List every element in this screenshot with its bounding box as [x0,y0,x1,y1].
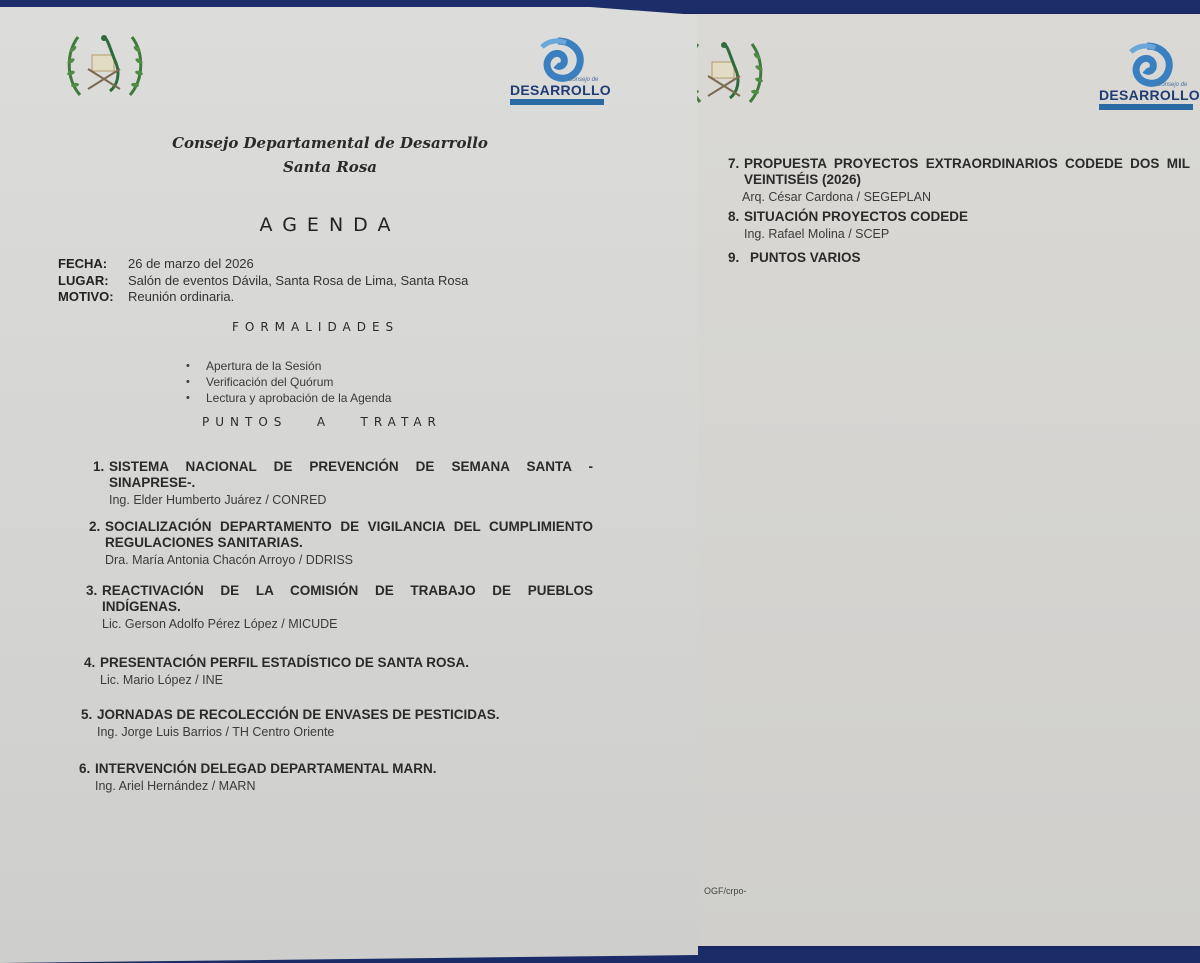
logo-wordmark: DESARROLLO [1099,87,1200,103]
agenda-item-6: 6.INTERVENCIÓN DELEGAD DEPARTAMENTAL MAR… [79,761,586,794]
agenda-item-8: 8.SITUACIÓN PROYECTOS CODEDE Ing. Rafael… [728,209,1190,242]
logo-wordmark: DESARROLLO [510,82,611,98]
formalidades-list: Apertura de la Sesión Verificación del Q… [186,358,391,406]
desarrollo-logo: Consejo de DESARROLLO [508,37,608,112]
list-item: Verificación del Quórum [186,374,391,390]
agenda-item-5: 5.JORNADAS DE RECOLECCIÓN DE ENVASES DE … [81,707,588,740]
meta-motivo: MOTIVO:Reunión ordinaria. [58,289,234,304]
agenda-item-4: 4.PRESENTACIÓN PERFIL ESTADÍSTICO DE SAN… [84,655,591,688]
agenda-item-1: 1.SISTEMA NACIONAL DE PREVENCIÓN DE SEMA… [93,459,593,508]
footer-reference-code: OGF/crpo- [704,886,747,896]
agenda-item-3: 3.REACTIVACIÓN DE LA COMISIÓN DE TRABAJO… [86,583,593,632]
agenda-page-1: Consejo de DESARROLLO Consejo Departamen… [0,7,698,963]
council-title: Consejo Departamental de Desarrollo [0,134,660,152]
list-item: Apertura de la Sesión [186,358,391,374]
meta-fecha: FECHA:26 de marzo del 2026 [58,256,254,271]
logo-bar [1099,104,1193,110]
meta-lugar: LUGAR:Salón de eventos Dávila, Santa Ros… [58,273,468,288]
puntos-heading: PUNTOS A TRATAR [202,415,442,429]
agenda-item-9: 9.PUNTOS VARIOS [728,250,1190,266]
agenda-item-7: 7.PROPUESTA PROYECTOS EXTRAORDINARIOS CO… [728,156,1190,205]
agenda-heading: AGENDA [0,214,660,236]
council-subtitle: Santa Rosa [0,158,660,176]
logo-bar [510,99,604,105]
desarrollo-logo: Consejo de DESARROLLO [1097,42,1197,117]
coat-of-arms-icon [60,29,150,101]
list-item: Lectura y aprobación de la Agenda [186,390,391,406]
agenda-item-2: 2.SOCIALIZACIÓN DEPARTAMENTO DE VIGILANC… [89,519,593,568]
formalidades-heading: FORMALIDADES [232,320,399,334]
